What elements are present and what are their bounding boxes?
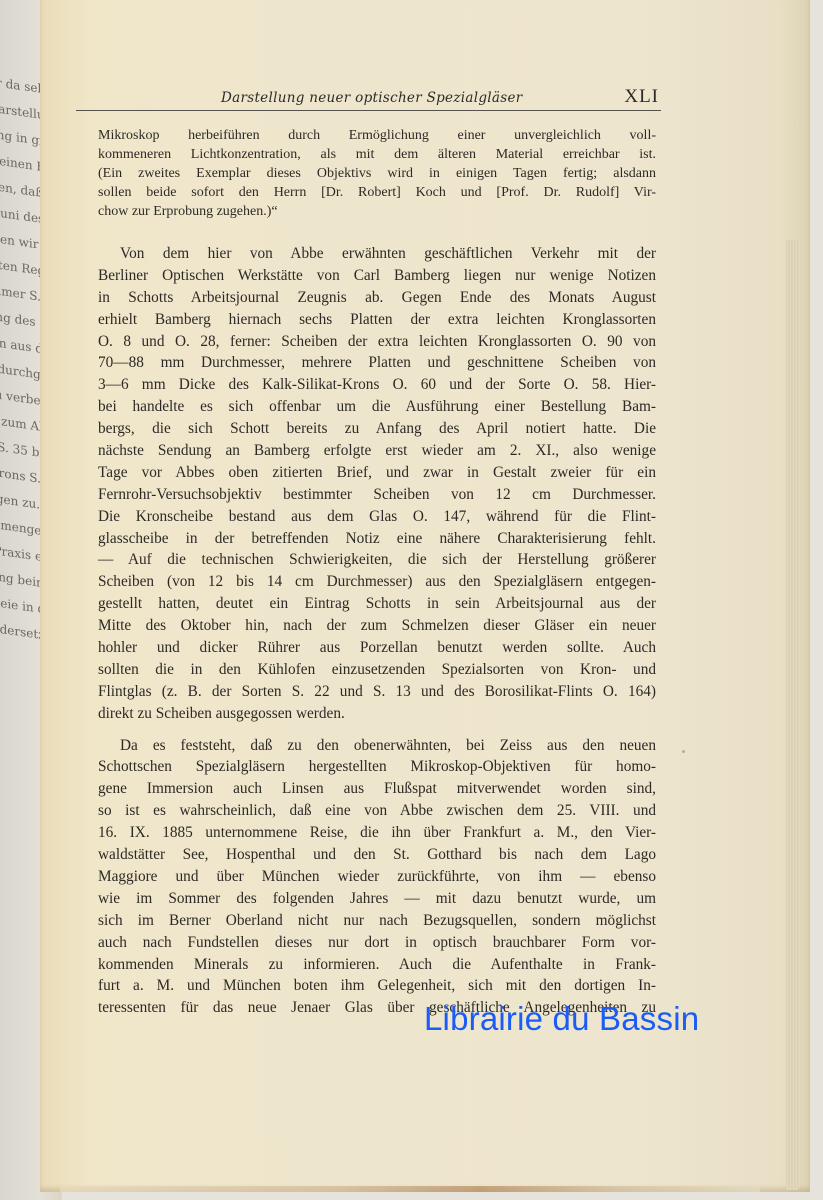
- text-line: sich im Berner Oberland nicht nur nach B…: [98, 910, 656, 932]
- text-line: chow zur Erprobung zugehen.)“: [98, 202, 656, 221]
- text-line: Von dem hier von Abbe erwähnten geschäft…: [98, 243, 656, 265]
- body-text: Mikroskop herbeiführen durch Ermöglichun…: [98, 126, 656, 1019]
- text-line: Da es feststeht, daß zu den obenerwähnte…: [98, 735, 656, 757]
- text-line: hohler und dicker Rührer aus Porzellan b…: [98, 637, 656, 659]
- text-line: — Auf die technischen Schwierigkeiten, d…: [98, 549, 656, 571]
- text-line: kommeneren Lichtkonzentration, als mit d…: [98, 145, 656, 164]
- text-line: wie im Sommer des folgenden Jahres — mit…: [98, 888, 656, 910]
- text-line: Schottschen Spezialgläsern hergestellten…: [98, 756, 656, 778]
- text-line: Die Kronscheibe bestand aus dem Glas O. …: [98, 506, 656, 528]
- text-line: nächste Sendung an Bamberg erfolgte erst…: [98, 440, 656, 462]
- text-line: (Ein zweites Exemplar dieses Objektivs w…: [98, 164, 656, 183]
- page-number: XLI: [624, 86, 659, 108]
- paragraph-1: Von dem hier von Abbe erwähnten geschäft…: [98, 243, 656, 725]
- text-line: Flintglas (z. B. der Sorten S. 22 und S.…: [98, 681, 656, 703]
- text-line: auch nach Fundstellen dieses nur dort in…: [98, 932, 656, 954]
- text-line: O. 8 und O. 28, ferner: Scheiben der ext…: [98, 331, 656, 353]
- text-line: gene Immersion auch Linsen aus Flußspat …: [98, 778, 656, 800]
- text-line: Fernrohr-Versuchsobjektiv bestimmter Sch…: [98, 484, 656, 506]
- watermark: Librairie du Bassin: [424, 1000, 699, 1038]
- text-line: Berliner Optischen Werkstätte von Carl B…: [98, 265, 656, 287]
- text-line: so ist es wahrscheinlich, daß eine von A…: [98, 800, 656, 822]
- text-line: kommenden Minerals zu informieren. Auch …: [98, 954, 656, 976]
- text-line: Scheiben (von 12 bis 14 cm Durchmesser) …: [98, 571, 656, 593]
- page-edges: [786, 240, 800, 1190]
- text-line: glasscheibe in der betreffenden Notiz ei…: [98, 528, 656, 550]
- worn-bottom-edge: [60, 1186, 760, 1192]
- paper-speck: [682, 750, 685, 753]
- text-line: in Schotts Arbeitsjournal Zeugnis ab. Ge…: [98, 287, 656, 309]
- running-header: Darstellung neuer optischer Spezialgläse…: [76, 86, 661, 111]
- text-line: 3—6 mm Dicke des Kalk-Silikat-Krons O. 6…: [98, 374, 656, 396]
- block-quote: Mikroskop herbeiführen durch Ermöglichun…: [98, 126, 656, 221]
- running-title: Darstellung neuer optischer Spezialgläse…: [221, 90, 523, 106]
- text-line: sollen beide sofort den Herrn [Dr. Rober…: [98, 183, 656, 202]
- text-line: furt a. M. und München boten ihm Gelegen…: [98, 975, 656, 997]
- text-line: Mitte des Oktober hin, nach der zum Schm…: [98, 615, 656, 637]
- text-line: 16. IX. 1885 unternommene Reise, die ihn…: [98, 822, 656, 844]
- paragraph-2: Da es feststeht, daß zu den obenerwähnte…: [98, 735, 656, 1020]
- text-line: 70—88 mm Durchmesser, mehrere Platten un…: [98, 352, 656, 374]
- text-line: Tage vor Abbes oben zitierten Brief, und…: [98, 462, 656, 484]
- text-line: gestellt hatten, deutet ein Eintrag Scho…: [98, 593, 656, 615]
- text-line: bei handelte es sich offenbar um die Aus…: [98, 396, 656, 418]
- text-line: bergs, die sich Schott bereits zu Anfang…: [98, 418, 656, 440]
- text-line: erhielt Bamberg hiernach sechs Platten d…: [98, 309, 656, 331]
- text-line: direkt zu Scheiben ausgegossen werden.: [98, 703, 656, 725]
- text-line: Mikroskop herbeiführen durch Ermöglichun…: [98, 126, 656, 145]
- text-line: sollten die in den Kühlofen einzusetzend…: [98, 659, 656, 681]
- text-line: waldstätter See, Hospenthal und den St. …: [98, 844, 656, 866]
- text-line: Maggiore und über München wieder zurückf…: [98, 866, 656, 888]
